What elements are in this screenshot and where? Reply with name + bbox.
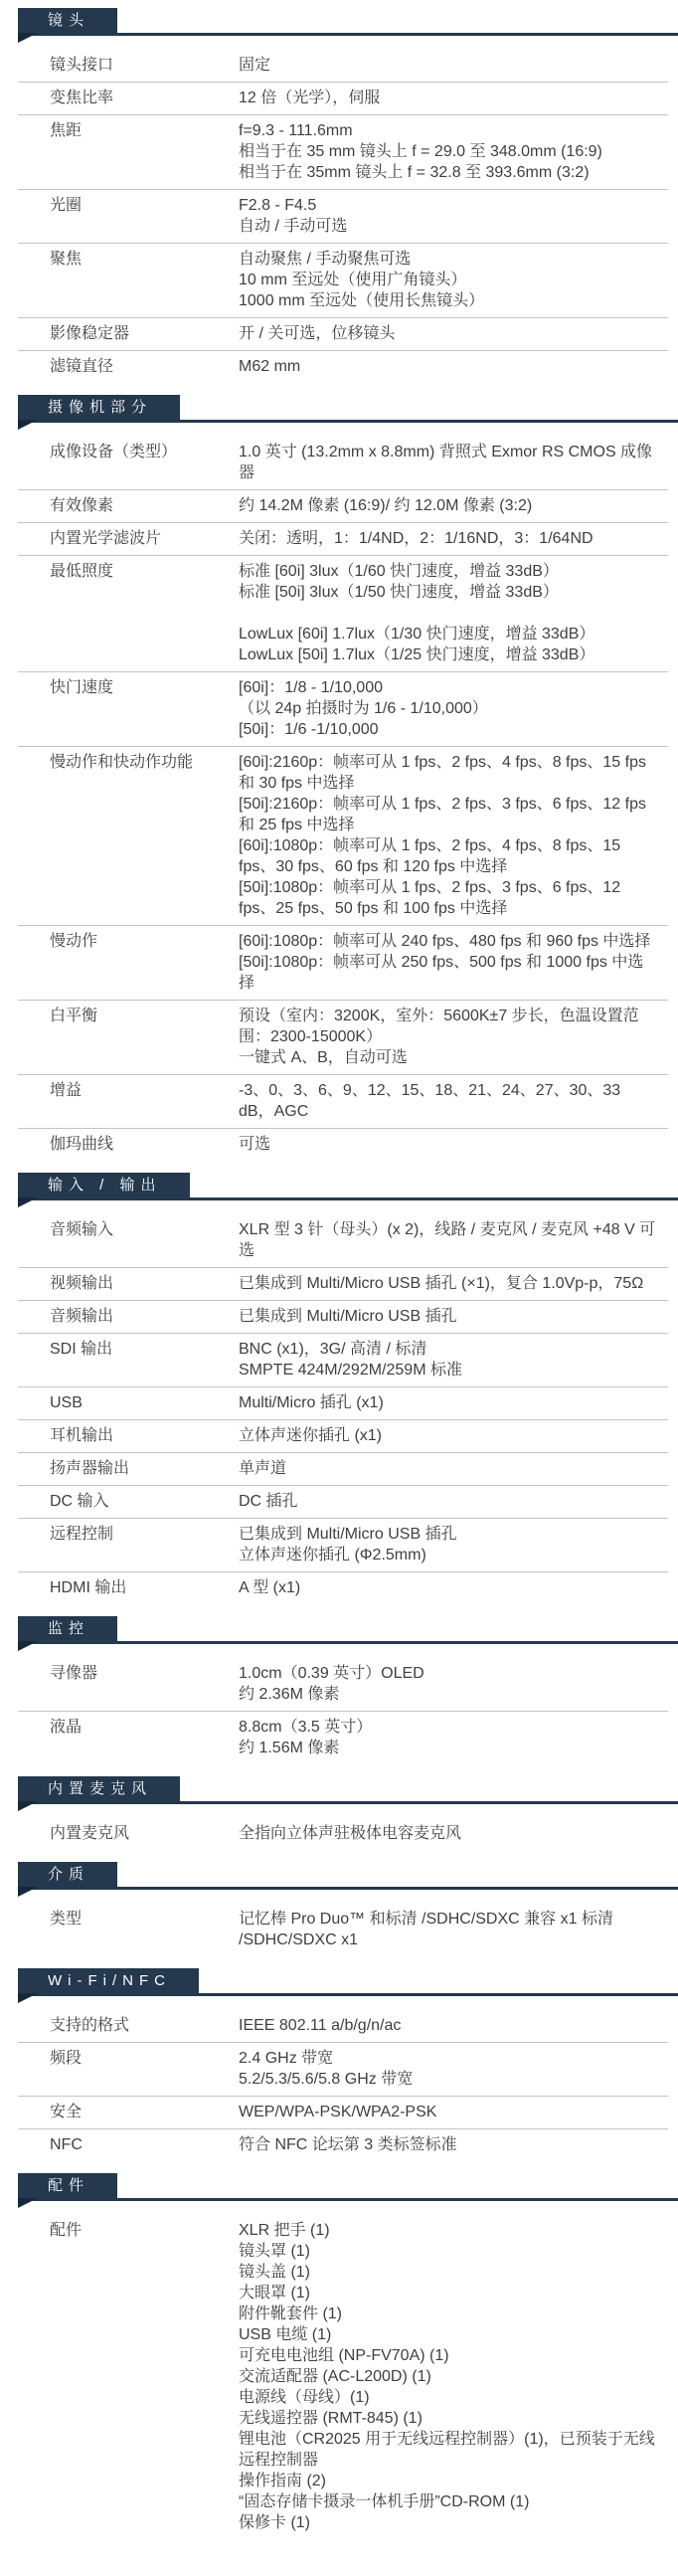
spec-value-line: F2.8 - F4.5 [239, 195, 656, 216]
spec-label: 最低照度 [50, 561, 239, 582]
spec-value: 立体声迷你插孔 (x1) [239, 1425, 656, 1446]
spec-value-line: 1000 mm 至远处（使用长焦镜头） [239, 290, 656, 311]
spec-label: 有效像素 [50, 495, 239, 516]
spec-value: 记忆棒 Pro Duo™ 和标清 /SDHC/SDXC 兼容 x1 标清 /SD… [239, 1909, 656, 1950]
spec-value: 8.8cm（3.5 英寸）约 1.56M 像素 [239, 1717, 656, 1758]
spec-row: USBMulti/Micro 插孔 (x1) [0, 1387, 678, 1419]
spec-value: 符合 NFC 论坛第 3 类标签标准 [239, 2134, 656, 2155]
spec-value-line: 标准 [50i] 3lux（1/50 快门速度，增益 33dB） [239, 582, 656, 603]
spec-value-line: 已集成到 Multi/Micro USB 插孔 [239, 1524, 656, 1545]
spec-value: 1.0 英寸 (13.2mm x 8.8mm) 背照式 Exmor RS CMO… [239, 442, 656, 483]
spec-value-line: 约 1.56M 像素 [239, 1738, 656, 1758]
spec-value: 单声道 [239, 1458, 656, 1479]
spec-value-line: 附件靴套件 (1) [239, 2303, 656, 2324]
spec-value-line: 镜头盖 (1) [239, 2262, 656, 2283]
section-header: 介质 [18, 1862, 678, 1890]
spec-label: 慢动作和快动作功能 [50, 752, 239, 773]
spec-row: 焦距f=9.3 - 111.6mm相当于在 35 mm 镜头上 f = 29.0… [0, 115, 678, 189]
spec-table: 镜头镜头接口固定变焦比率12 倍（光学），伺服焦距f=9.3 - 111.6mm… [0, 0, 678, 2539]
spec-value-line: [50i]：1/6 -1/10,000 [239, 719, 656, 740]
ribbon-fold-icon [18, 33, 38, 43]
spec-row: 寻像器1.0cm（0.39 英寸）OLED约 2.36M 像素 [0, 1658, 678, 1711]
spec-value: 固定 [239, 55, 656, 76]
spec-value-line: 符合 NFC 论坛第 3 类标签标准 [239, 2134, 656, 2155]
spec-value: 1.0cm（0.39 英寸）OLED约 2.36M 像素 [239, 1663, 656, 1705]
section-tab: 监控 [18, 1616, 117, 1641]
spec-value-line: USB 电缆 (1) [239, 2324, 656, 2345]
spec-label: NFC [50, 2134, 239, 2155]
spec-row: 扬声器输出单声道 [0, 1453, 678, 1485]
spec-value-line: 1.0cm（0.39 英寸）OLED [239, 1663, 656, 1684]
spec-value-line: 相当于在 35mm 镜头上 f = 32.8 至 393.6mm (3:2) [239, 162, 656, 183]
spec-label: 音频输入 [50, 1219, 239, 1240]
section-title: 摄像机部分 [48, 399, 152, 416]
spec-value: IEEE 802.11 a/b/g/n/ac [239, 2015, 656, 2036]
spec-label: 类型 [50, 1909, 239, 1930]
spec-label: 视频输出 [50, 1273, 239, 1294]
section-tab: Wi-Fi/NFC [18, 1968, 199, 1993]
section-tab: 摄像机部分 [18, 395, 180, 420]
spec-value-line: 镜头罩 (1) [239, 2241, 656, 2262]
section-tab: 配件 [18, 2173, 117, 2198]
spec-value: 2.4 GHz 带宽5.2/5.3/5.6/5.8 GHz 带宽 [239, 2048, 656, 2090]
spec-label: 影像稳定器 [50, 323, 239, 344]
spec-value-line: 大眼罩 (1) [239, 2283, 656, 2303]
spec-label: 寻像器 [50, 1663, 239, 1684]
spec-value-line: [60i]:1080p：帧率可从 1 fps、2 fps、4 fps、8 fps… [239, 835, 656, 877]
spec-label: 扬声器输出 [50, 1458, 239, 1479]
section-rows: 配件XLR 把手 (1)镜头罩 (1)镜头盖 (1)大眼罩 (1)附件靴套件 (… [0, 2215, 678, 2539]
spec-label: SDI 输出 [50, 1339, 239, 1360]
section-title: 镜头 [48, 12, 89, 29]
spec-value: 开 / 关可选，位移镜头 [239, 323, 656, 344]
spec-row: 伽玛曲线可选 [0, 1129, 678, 1161]
spec-value: -3、0、3、6、9、12、15、18、21、24、27、30、33 dB，AG… [239, 1080, 656, 1122]
ribbon-fold-icon [18, 1887, 38, 1897]
spec-value-line: 1.0 英寸 (13.2mm x 8.8mm) 背照式 Exmor RS CMO… [239, 442, 656, 483]
spec-row: NFC符合 NFC 论坛第 3 类标签标准 [0, 2129, 678, 2161]
spec-label: 内置光学滤波片 [50, 528, 239, 549]
spec-row: 快门速度[60i]：1/8 - 1/10,000（以 24p 拍摄时为 1/6 … [0, 672, 678, 746]
spec-value: 12 倍（光学），伺服 [239, 88, 656, 108]
spec-label: 滤镜直径 [50, 356, 239, 377]
spec-value: 可选 [239, 1134, 656, 1155]
spec-value: XLR 型 3 针（母头）(x 2)，线路 / 麦克风 / 麦克风 +48 V … [239, 1219, 656, 1261]
spec-value: 已集成到 Multi/Micro USB 插孔立体声迷你插孔 (Φ2.5mm) [239, 1524, 656, 1565]
spec-value: WEP/WPA-PSK/WPA2-PSK [239, 2102, 656, 2122]
section-tab: 介质 [18, 1862, 117, 1887]
spec-row: 安全WEP/WPA-PSK/WPA2-PSK [0, 2097, 678, 2128]
spec-value: 标准 [60i] 3lux（1/60 快门速度，增益 33dB）标准 [50i]… [239, 561, 656, 665]
spec-value-line: LowLux [50i] 1.7lux（1/25 快门速度，增益 33dB） [239, 644, 656, 665]
spec-value-line: BNC (x1)，3G/ 高清 / 标清 [239, 1339, 656, 1360]
spec-value-line: [60i]:1080p：帧率可从 240 fps、480 fps 和 960 f… [239, 931, 656, 952]
spec-value-line: 5.2/5.3/5.6/5.8 GHz 带宽 [239, 2069, 656, 2090]
section-rows: 成像设备（类型）1.0 英寸 (13.2mm x 8.8mm) 背照式 Exmo… [0, 437, 678, 1161]
spec-value-line: 电源线（母线）(1) [239, 2387, 656, 2408]
section-rows: 支持的格式IEEE 802.11 a/b/g/n/ac频段2.4 GHz 带宽5… [0, 2010, 678, 2161]
section-tab: 内置麦克风 [18, 1776, 180, 1801]
spec-row: 类型记忆棒 Pro Duo™ 和标清 /SDHC/SDXC 兼容 x1 标清 /… [0, 1904, 678, 1956]
spec-value-line: 自动聚焦 / 手动聚焦可选 [239, 249, 656, 270]
section-header: 监控 [18, 1616, 678, 1644]
spec-value: 预设（室内：3200K，室外：5600K±7 步长，色温设置范围：2300-15… [239, 1006, 656, 1068]
spec-row: 视频输出已集成到 Multi/Micro USB 插孔 (×1)，复合 1.0V… [0, 1268, 678, 1300]
spec-label: 慢动作 [50, 931, 239, 952]
section-header: 输入 / 输出 [18, 1173, 678, 1200]
section-rows: 内置麦克风全指向立体声驻极体电容麦克风 [0, 1818, 678, 1850]
spec-row: 内置麦克风全指向立体声驻极体电容麦克风 [0, 1818, 678, 1850]
spec-value-line: 全指向立体声驻极体电容麦克风 [239, 1823, 656, 1844]
spec-value-line: 单声道 [239, 1458, 656, 1479]
spec-label: 液晶 [50, 1717, 239, 1738]
spec-value-line: [50i]:2160p：帧率可从 1 fps、2 fps、3 fps、6 fps… [239, 794, 656, 835]
spec-value-line: 预设（室内：3200K，室外：5600K±7 步长，色温设置范围：2300-15… [239, 1006, 656, 1047]
spec-row: HDMI 输出A 型 (x1) [0, 1572, 678, 1604]
spec-value-line: 操作指南 (2) [239, 2471, 656, 2491]
spec-value: [60i]：1/8 - 1/10,000（以 24p 拍摄时为 1/6 - 1/… [239, 677, 656, 740]
section-header: 摄像机部分 [18, 395, 678, 423]
spec-value-line: [60i]：1/8 - 1/10,000 [239, 677, 656, 698]
spec-value: XLR 把手 (1)镜头罩 (1)镜头盖 (1)大眼罩 (1)附件靴套件 (1)… [239, 2220, 656, 2533]
spec-value-line: [50i]:1080p：帧率可从 1 fps、2 fps、3 fps、6 fps… [239, 877, 656, 919]
spec-value: f=9.3 - 111.6mm相当于在 35 mm 镜头上 f = 29.0 至… [239, 120, 656, 183]
spec-label: 快门速度 [50, 677, 239, 698]
spec-value-line: 交流适配器 (AC-L200D) (1) [239, 2366, 656, 2387]
spec-value-line: DC 插孔 [239, 1491, 656, 1512]
spec-row: 增益-3、0、3、6、9、12、15、18、21、24、27、30、33 dB，… [0, 1075, 678, 1128]
spec-value-line: 立体声迷你插孔 (x1) [239, 1425, 656, 1446]
spec-value-line: 约 2.36M 像素 [239, 1684, 656, 1705]
spec-value: 自动聚焦 / 手动聚焦可选10 mm 至远处（使用广角镜头）1000 mm 至远… [239, 249, 656, 311]
spec-row: 最低照度标准 [60i] 3lux（1/60 快门速度，增益 33dB）标准 [… [0, 556, 678, 671]
spec-value-line: 2.4 GHz 带宽 [239, 2048, 656, 2069]
spec-label: 支持的格式 [50, 2015, 239, 2036]
section-rows: 镜头接口固定变焦比率12 倍（光学），伺服焦距f=9.3 - 111.6mm相当… [0, 50, 678, 383]
spec-value-line: 开 / 关可选，位移镜头 [239, 323, 656, 344]
spec-row: 光圈F2.8 - F4.5自动 / 手动可选 [0, 190, 678, 243]
spec-value-line: 10 mm 至远处（使用广角镜头） [239, 270, 656, 290]
section-rows: 音频输入XLR 型 3 针（母头）(x 2)，线路 / 麦克风 / 麦克风 +4… [0, 1214, 678, 1604]
spec-row: 滤镜直径M62 mm [0, 351, 678, 383]
ribbon-fold-icon [18, 1197, 38, 1207]
spec-row: 有效像素约 14.2M 像素 (16:9)/ 约 12.0M 像素 (3:2) [0, 490, 678, 522]
spec-value-line: 锂电池（CR2025 用于无线远程控制器）(1)，已预装于无线远程控制器 [239, 2429, 656, 2471]
spec-value: 全指向立体声驻极体电容麦克风 [239, 1823, 656, 1844]
spec-label: 音频输出 [50, 1306, 239, 1327]
spec-value-line [239, 603, 656, 624]
spec-value-line: 无线遥控器 (RMT-845) (1) [239, 2408, 656, 2429]
spec-value: BNC (x1)，3G/ 高清 / 标清SMPTE 424M/292M/259M… [239, 1339, 656, 1380]
spec-value-line: [60i]:2160p：帧率可从 1 fps、2 fps、4 fps、8 fps… [239, 752, 656, 794]
spec-value-line: 已集成到 Multi/Micro USB 插孔 (×1)，复合 1.0Vp-p，… [239, 1273, 656, 1294]
spec-row: DC 输入DC 插孔 [0, 1486, 678, 1518]
spec-label: USB [50, 1392, 239, 1413]
spec-label: 白平衡 [50, 1006, 239, 1026]
spec-value-line: WEP/WPA-PSK/WPA2-PSK [239, 2102, 656, 2122]
spec-row: 聚焦自动聚焦 / 手动聚焦可选10 mm 至远处（使用广角镜头）1000 mm … [0, 244, 678, 317]
spec-label: 配件 [50, 2220, 239, 2241]
spec-value-line: “固态存储卡摄录一体机手册”CD-ROM (1) [239, 2491, 656, 2512]
spec-row: 变焦比率12 倍（光学），伺服 [0, 83, 678, 114]
spec-row: 成像设备（类型）1.0 英寸 (13.2mm x 8.8mm) 背照式 Exmo… [0, 437, 678, 489]
section-tab: 镜头 [18, 8, 117, 33]
spec-row: 配件XLR 把手 (1)镜头罩 (1)镜头盖 (1)大眼罩 (1)附件靴套件 (… [0, 2215, 678, 2539]
section-header: 配件 [18, 2173, 678, 2201]
spec-value-line: SMPTE 424M/292M/259M 标准 [239, 1360, 656, 1380]
spec-value-line: M62 mm [239, 356, 656, 377]
section-header: 内置麦克风 [18, 1776, 678, 1804]
ribbon-fold-icon [18, 1641, 38, 1651]
spec-row: 内置光学滤波片关闭：透明，1：1/4ND，2：1/16ND，3：1/64ND [0, 523, 678, 555]
spec-row: 慢动作和快动作功能[60i]:2160p：帧率可从 1 fps、2 fps、4 … [0, 747, 678, 925]
section-header: Wi-Fi/NFC [18, 1968, 678, 1996]
spec-label: 焦距 [50, 120, 239, 141]
spec-row: 音频输入XLR 型 3 针（母头）(x 2)，线路 / 麦克风 / 麦克风 +4… [0, 1214, 678, 1267]
spec-label: 光圈 [50, 195, 239, 216]
spec-value-line: 立体声迷你插孔 (Φ2.5mm) [239, 1545, 656, 1565]
spec-value: [60i]:2160p：帧率可从 1 fps、2 fps、4 fps、8 fps… [239, 752, 656, 919]
spec-row: 音频输出已集成到 Multi/Micro USB 插孔 [0, 1301, 678, 1333]
spec-value-line: XLR 型 3 针（母头）(x 2)，线路 / 麦克风 / 麦克风 +48 V … [239, 1219, 656, 1261]
spec-value-line: 一键式 A、B，自动可选 [239, 1047, 656, 1068]
spec-label: 变焦比率 [50, 88, 239, 108]
spec-value-line: 可选 [239, 1134, 656, 1155]
spec-label: HDMI 输出 [50, 1577, 239, 1598]
spec-value: 约 14.2M 像素 (16:9)/ 约 12.0M 像素 (3:2) [239, 495, 656, 516]
section-title: 介质 [48, 1866, 89, 1883]
spec-label: 频段 [50, 2048, 239, 2069]
spec-row: 耳机输出立体声迷你插孔 (x1) [0, 1420, 678, 1452]
spec-value-line: 记忆棒 Pro Duo™ 和标清 /SDHC/SDXC 兼容 x1 标清 /SD… [239, 1909, 656, 1950]
spec-label: 远程控制 [50, 1524, 239, 1545]
spec-label: 增益 [50, 1080, 239, 1101]
spec-value-line: 关闭：透明，1：1/4ND，2：1/16ND，3：1/64ND [239, 528, 656, 549]
spec-value-line: 12 倍（光学），伺服 [239, 88, 656, 108]
section-title: 监控 [48, 1620, 89, 1637]
spec-value-line: 相当于在 35 mm 镜头上 f = 29.0 至 348.0mm (16:9) [239, 141, 656, 162]
spec-value-line: 可充电电池组 (NP-FV70A) (1) [239, 2345, 656, 2366]
spec-value-line: 已集成到 Multi/Micro USB 插孔 [239, 1306, 656, 1327]
spec-value-line: [50i]:1080p：帧率可从 250 fps、500 fps 和 1000 … [239, 952, 656, 994]
spec-value-line: A 型 (x1) [239, 1577, 656, 1598]
section-title: 内置麦克风 [48, 1780, 152, 1797]
spec-value-line: IEEE 802.11 a/b/g/n/ac [239, 2015, 656, 2036]
spec-value-line: -3、0、3、6、9、12、15、18、21、24、27、30、33 dB，AG… [239, 1080, 656, 1122]
spec-value: A 型 (x1) [239, 1577, 656, 1598]
spec-label: DC 输入 [50, 1491, 239, 1512]
section-title: 配件 [48, 2177, 89, 2194]
ribbon-fold-icon [18, 2198, 38, 2208]
section-tab: 输入 / 输出 [18, 1173, 190, 1197]
spec-value: 已集成到 Multi/Micro USB 插孔 [239, 1306, 656, 1327]
spec-value-line: 自动 / 手动可选 [239, 216, 656, 237]
spec-value: Multi/Micro 插孔 (x1) [239, 1392, 656, 1413]
spec-value: DC 插孔 [239, 1491, 656, 1512]
section-rows: 类型记忆棒 Pro Duo™ 和标清 /SDHC/SDXC 兼容 x1 标清 /… [0, 1904, 678, 1956]
spec-label: 聚焦 [50, 249, 239, 270]
spec-value-line: 约 14.2M 像素 (16:9)/ 约 12.0M 像素 (3:2) [239, 495, 656, 516]
spec-label: 安全 [50, 2102, 239, 2122]
spec-value-line: Multi/Micro 插孔 (x1) [239, 1392, 656, 1413]
spec-value-line: LowLux [60i] 1.7lux（1/30 快门速度，增益 33dB） [239, 624, 656, 644]
ribbon-fold-icon [18, 1993, 38, 2003]
ribbon-fold-icon [18, 420, 38, 430]
spec-row: SDI 输出BNC (x1)，3G/ 高清 / 标清SMPTE 424M/292… [0, 1334, 678, 1386]
spec-value-line: 保修卡 (1) [239, 2512, 656, 2533]
ribbon-fold-icon [18, 1801, 38, 1811]
spec-value: 关闭：透明，1：1/4ND，2：1/16ND，3：1/64ND [239, 528, 656, 549]
spec-value: [60i]:1080p：帧率可从 240 fps、480 fps 和 960 f… [239, 931, 656, 994]
spec-value-line: f=9.3 - 111.6mm [239, 120, 656, 141]
spec-row: 白平衡预设（室内：3200K，室外：5600K±7 步长，色温设置范围：2300… [0, 1001, 678, 1074]
spec-row: 影像稳定器开 / 关可选，位移镜头 [0, 318, 678, 350]
spec-row: 镜头接口固定 [0, 50, 678, 82]
spec-row: 液晶8.8cm（3.5 英寸）约 1.56M 像素 [0, 1712, 678, 1764]
spec-label: 耳机输出 [50, 1425, 239, 1446]
spec-value: M62 mm [239, 356, 656, 377]
section-rows: 寻像器1.0cm（0.39 英寸）OLED约 2.36M 像素液晶8.8cm（3… [0, 1658, 678, 1764]
spec-value: F2.8 - F4.5自动 / 手动可选 [239, 195, 656, 237]
section-title: 输入 / 输出 [48, 1177, 162, 1194]
section-header: 镜头 [18, 8, 678, 36]
spec-row: 支持的格式IEEE 802.11 a/b/g/n/ac [0, 2010, 678, 2042]
spec-label: 内置麦克风 [50, 1823, 239, 1844]
spec-value-line: （以 24p 拍摄时为 1/6 - 1/10,000） [239, 698, 656, 719]
spec-value-line: 标准 [60i] 3lux（1/60 快门速度，增益 33dB） [239, 561, 656, 582]
spec-value-line: XLR 把手 (1) [239, 2220, 656, 2241]
spec-label: 成像设备（类型） [50, 442, 239, 462]
spec-value: 已集成到 Multi/Micro USB 插孔 (×1)，复合 1.0Vp-p，… [239, 1273, 656, 1294]
spec-label: 伽玛曲线 [50, 1134, 239, 1155]
spec-value-line: 8.8cm（3.5 英寸） [239, 1717, 656, 1738]
spec-label: 镜头接口 [50, 55, 239, 76]
spec-value-line: 固定 [239, 55, 656, 76]
spec-row: 慢动作[60i]:1080p：帧率可从 240 fps、480 fps 和 96… [0, 926, 678, 1000]
spec-row: 频段2.4 GHz 带宽5.2/5.3/5.6/5.8 GHz 带宽 [0, 2043, 678, 2096]
spec-row: 远程控制已集成到 Multi/Micro USB 插孔立体声迷你插孔 (Φ2.5… [0, 1519, 678, 1571]
section-title: Wi-Fi/NFC [48, 1972, 171, 1989]
